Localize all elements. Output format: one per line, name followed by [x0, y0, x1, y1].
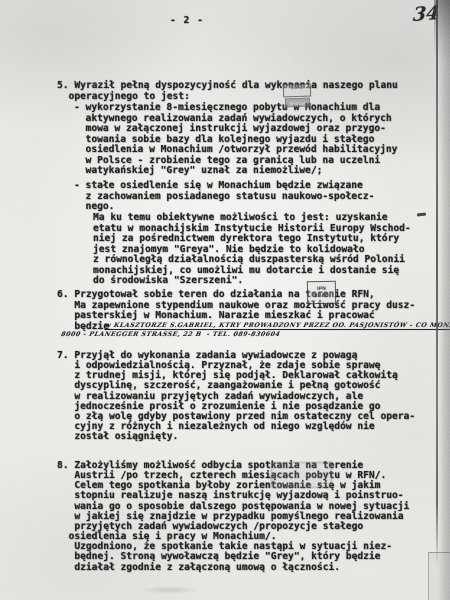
- item-5-heading: 5. Wyraził pełną dyspozycyjność dla wyko…: [57, 81, 398, 102]
- item-5-bullet-1: - wykorzystanie 8-miesięcznego pobytu w …: [74, 103, 397, 177]
- item-8-paragraph: 8. Założyliśmy możliwość odbycia spotkan…: [57, 461, 409, 573]
- archival-stamp-top-sub: Wydział: [285, 98, 310, 108]
- corner-smudge: [434, 0, 450, 80]
- item-5-paragraph: Ma ku temu obiektywne możliwości to jest…: [93, 213, 411, 287]
- page-fold-line: [436, 0, 438, 568]
- archival-stamp-middle-line2: BUAD: [308, 293, 335, 300]
- archival-stamp-middle: IPN BUAD: [307, 281, 336, 305]
- archival-stamp-top-sub-text: Wydział: [290, 101, 306, 107]
- archival-stamp-bottom: [271, 462, 332, 489]
- margin-ink-mark: [417, 213, 426, 217]
- underlying-sheet-corner: [428, 552, 450, 600]
- archival-stamp-top: BUiAD: [283, 84, 311, 98]
- handwritten-note-line-1: w KLASZTORZE S.GABRIEL, KTRY PROWADZONY …: [105, 322, 450, 329]
- page-number: - 2 -: [170, 16, 204, 27]
- handwritten-note-line-2: 8000 - PLANEGGER STRASSE, 22 B - TEL. 08…: [61, 331, 281, 338]
- bottom-smudge: [140, 586, 200, 594]
- item-7-paragraph: 7. Przyjął do wykonania zadania wywiadow…: [57, 351, 415, 442]
- archival-stamp-top-text: BUiAD: [290, 85, 303, 90]
- scan-edge-shading: [438, 0, 450, 600]
- item-5-bullet-2: - stałe osiedlenie się w Monachium będzi…: [74, 181, 374, 213]
- scanned-page: - 2 - 34 5. Wyraził pełną dyspozycyjność…: [0, 0, 450, 600]
